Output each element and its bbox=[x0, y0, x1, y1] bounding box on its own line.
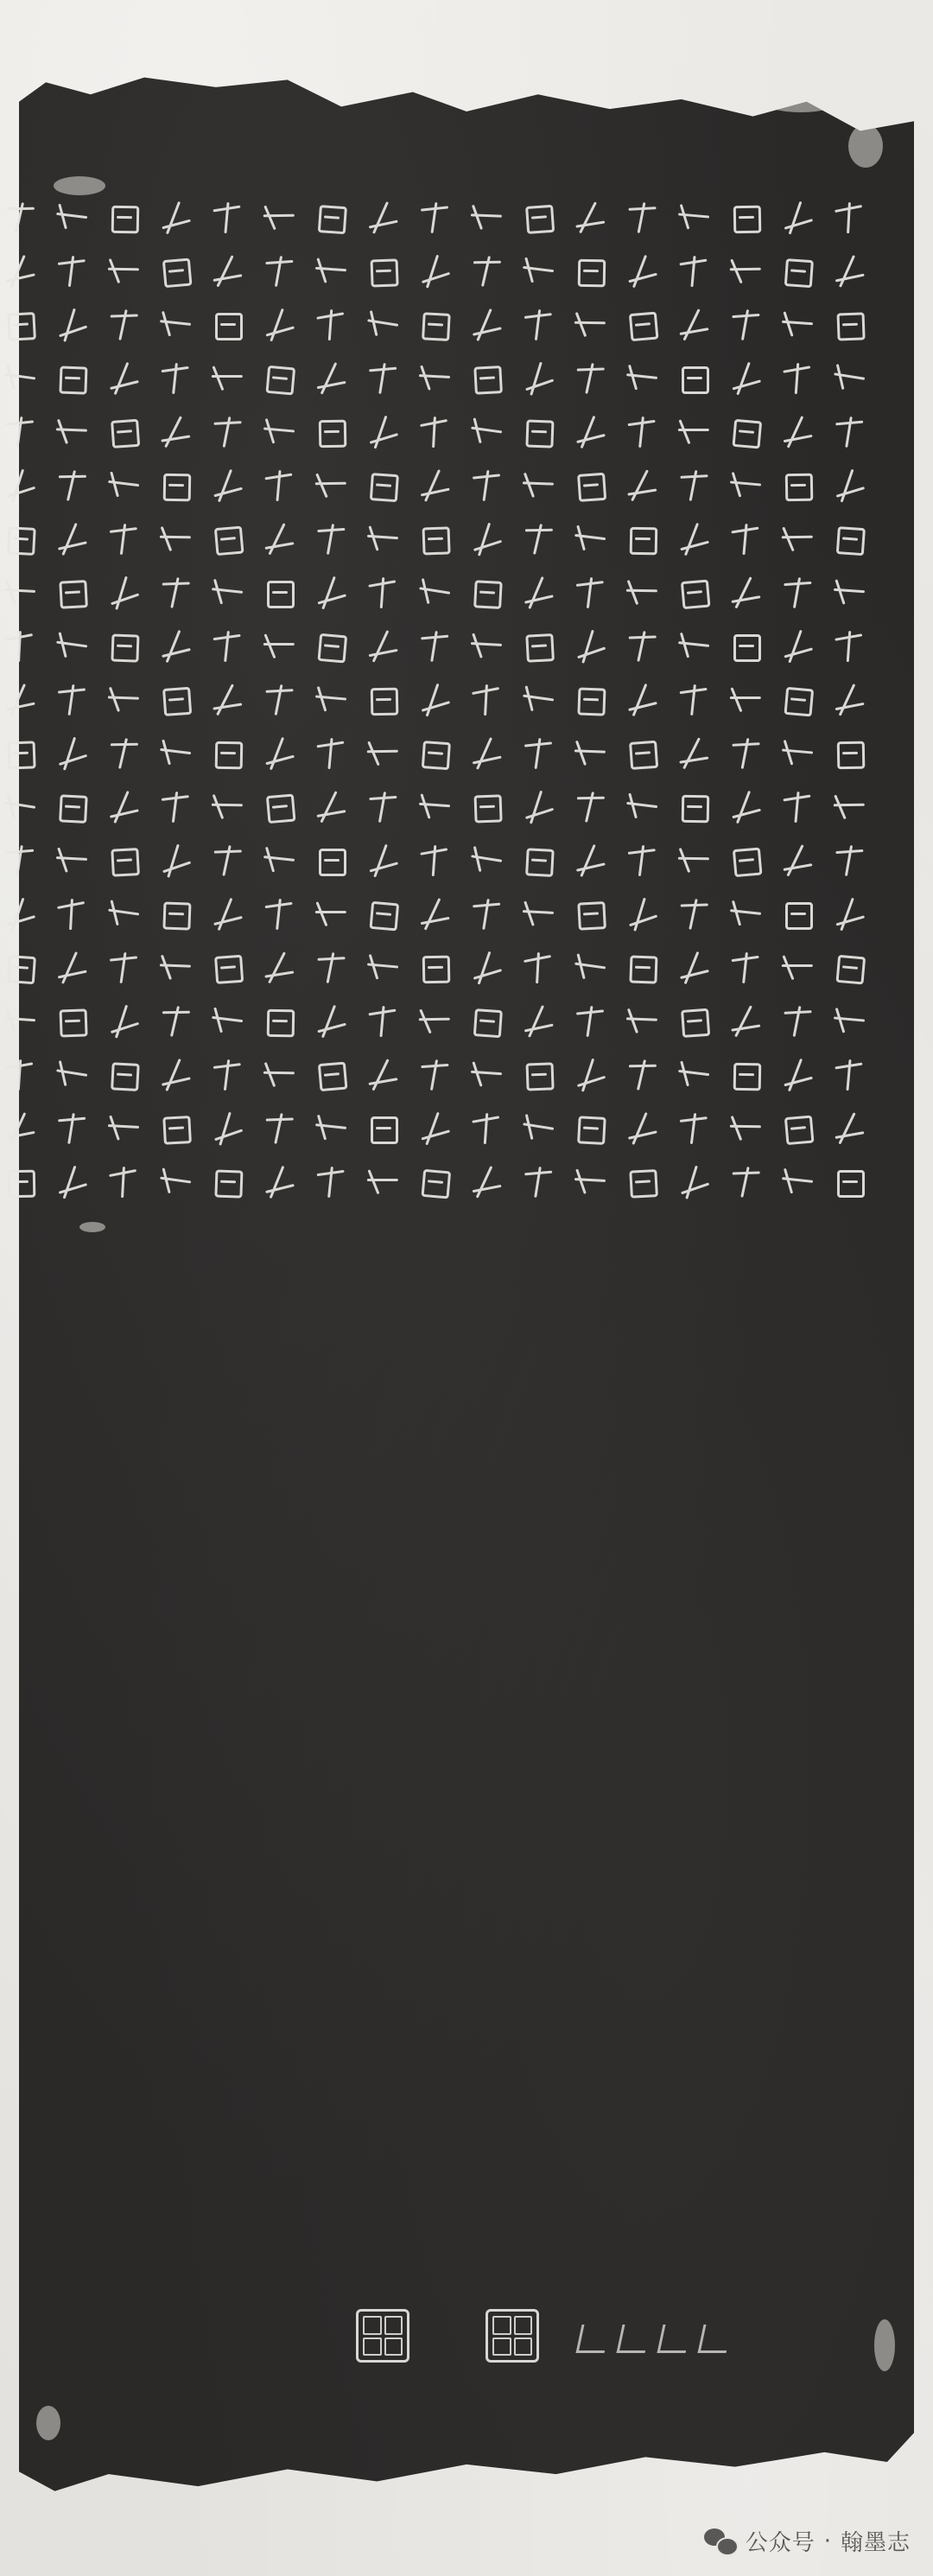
calligraphy-glyph bbox=[569, 197, 611, 239]
calligraphy-glyph bbox=[311, 734, 351, 773]
calligraphy-glyph bbox=[517, 1108, 559, 1149]
calligraphy-glyph bbox=[0, 1055, 40, 1096]
calligraphy-glyph bbox=[0, 197, 41, 239]
calligraphy-glyph bbox=[260, 1002, 299, 1041]
calligraphy-glyph bbox=[673, 1161, 714, 1203]
calligraphy-glyph bbox=[259, 305, 299, 345]
calligraphy-glyph bbox=[1, 574, 40, 613]
calligraphy-glyph bbox=[621, 465, 663, 506]
calligraphy-glyph bbox=[675, 359, 713, 398]
calligraphy-glyph bbox=[311, 894, 352, 935]
calligraphy-glyph bbox=[0, 466, 40, 506]
calligraphy-glyph bbox=[0, 1109, 40, 1148]
calligraphy-column bbox=[0, 199, 43, 2307]
calligraphy-glyph bbox=[830, 1163, 868, 1201]
calligraphy-glyph bbox=[363, 1162, 403, 1203]
calligraphy-glyph bbox=[207, 841, 248, 881]
calligraphy-glyph bbox=[466, 1109, 507, 1149]
calligraphy-glyph bbox=[777, 1108, 818, 1149]
calligraphy-glyph bbox=[623, 520, 662, 559]
calligraphy-glyph bbox=[727, 1056, 765, 1095]
calligraphy-glyph bbox=[674, 894, 714, 935]
calligraphy-glyph bbox=[416, 627, 454, 666]
seal-right bbox=[486, 2309, 539, 2363]
calligraphy-glyph bbox=[363, 627, 403, 666]
calligraphy-glyph bbox=[312, 252, 350, 290]
calligraphy-glyph bbox=[467, 627, 506, 666]
calligraphy-glyph bbox=[312, 842, 350, 880]
calligraphy-glyph bbox=[155, 573, 196, 614]
calligraphy-glyph bbox=[415, 1109, 454, 1148]
seal-left bbox=[356, 2309, 409, 2363]
calligraphy-glyph bbox=[104, 1055, 143, 1095]
calligraphy-glyph bbox=[311, 787, 352, 828]
calligraphy-column bbox=[48, 199, 95, 2307]
calligraphy-glyph bbox=[725, 840, 766, 881]
calligraphy-glyph bbox=[52, 787, 92, 827]
calligraphy-glyph bbox=[155, 1162, 196, 1203]
calligraphy-glyph bbox=[829, 680, 869, 720]
calligraphy-glyph bbox=[777, 518, 818, 560]
calligraphy-glyph bbox=[828, 197, 870, 239]
calligraphy-glyph bbox=[208, 1056, 247, 1095]
calligraphy-glyph bbox=[519, 735, 557, 773]
calligraphy-glyph bbox=[259, 251, 299, 291]
calligraphy-glyph bbox=[258, 358, 300, 399]
calligraphy-column bbox=[152, 199, 199, 2307]
calligraphy-glyph bbox=[156, 1056, 195, 1095]
paper-speckle bbox=[54, 176, 105, 195]
calligraphy-glyph bbox=[622, 359, 662, 398]
calligraphy-column bbox=[515, 199, 562, 2307]
calligraphy-glyph bbox=[312, 413, 351, 452]
calligraphy-glyph bbox=[155, 894, 195, 934]
calligraphy-glyph bbox=[726, 359, 765, 398]
calligraphy-glyph bbox=[0, 894, 40, 934]
calligraphy-glyph bbox=[414, 411, 455, 453]
calligraphy-glyph bbox=[311, 198, 352, 239]
calligraphy-glyph bbox=[622, 734, 663, 774]
seal-glyph bbox=[514, 2337, 533, 2357]
calligraphy-glyph bbox=[777, 412, 817, 452]
calligraphy-glyph bbox=[777, 573, 817, 613]
calligraphy-glyph bbox=[415, 519, 454, 559]
calligraphy-glyph bbox=[104, 305, 144, 346]
calligraphy-glyph bbox=[311, 305, 352, 346]
calligraphy-column bbox=[774, 199, 821, 2307]
calligraphy-glyph bbox=[364, 1110, 402, 1148]
calligraphy-column bbox=[619, 199, 665, 2307]
calligraphy-glyph bbox=[466, 948, 506, 988]
calligraphy-glyph bbox=[156, 788, 195, 827]
calligraphy-glyph bbox=[312, 1002, 351, 1041]
calligraphy-glyph bbox=[414, 1001, 455, 1042]
calligraphy-glyph bbox=[570, 734, 610, 773]
calligraphy-column bbox=[308, 199, 354, 2307]
calligraphy-glyph bbox=[105, 199, 143, 238]
calligraphy-glyph bbox=[830, 735, 869, 773]
calligraphy-glyph bbox=[675, 949, 713, 987]
calligraphy-glyph bbox=[726, 734, 765, 773]
calligraphy-column bbox=[826, 199, 873, 2307]
calligraphy-glyph bbox=[312, 681, 351, 720]
calligraphy-glyph bbox=[259, 627, 300, 667]
calligraphy-glyph bbox=[105, 359, 143, 398]
calligraphy-glyph bbox=[52, 1002, 92, 1041]
calligraphy-glyph bbox=[416, 788, 454, 826]
calligraphy-glyph bbox=[727, 788, 765, 827]
calligraphy-glyph bbox=[207, 1162, 247, 1202]
calligraphy-glyph bbox=[52, 948, 92, 988]
calligraphy-glyph bbox=[207, 251, 248, 292]
calligraphy-glyph bbox=[675, 199, 714, 238]
calligraphy-glyph bbox=[674, 412, 714, 453]
calligraphy-glyph bbox=[364, 949, 403, 988]
calligraphy-glyph bbox=[675, 520, 714, 559]
calligraphy-glyph bbox=[466, 1002, 507, 1042]
calligraphy-glyph bbox=[828, 786, 870, 828]
calligraphy-glyph bbox=[778, 735, 817, 773]
calligraphy-glyph bbox=[726, 519, 765, 559]
calligraphy-glyph bbox=[466, 1162, 506, 1202]
seal-glyph bbox=[363, 2337, 382, 2357]
calligraphy-glyph bbox=[0, 519, 40, 559]
calligraphy-glyph bbox=[52, 359, 92, 398]
calligraphy-glyph bbox=[105, 949, 143, 987]
calligraphy-glyph bbox=[674, 627, 714, 666]
calligraphy-glyph bbox=[518, 1002, 558, 1041]
calligraphy-glyph bbox=[829, 627, 870, 667]
calligraphy-glyph bbox=[156, 627, 194, 665]
calligraphy-glyph bbox=[155, 359, 195, 398]
calligraphy-glyph bbox=[311, 359, 351, 398]
calligraphy-glyph bbox=[518, 466, 558, 506]
calligraphy-glyph bbox=[518, 198, 559, 239]
paper-speckle bbox=[36, 2406, 60, 2440]
calligraphy-glyph bbox=[467, 895, 506, 934]
calligraphy-glyph bbox=[104, 627, 143, 666]
calligraphy-glyph bbox=[829, 305, 869, 345]
wechat-icon bbox=[704, 2528, 737, 2554]
calligraphy-glyph bbox=[466, 519, 507, 560]
calligraphy-glyph bbox=[155, 1109, 195, 1148]
calligraphy-glyph bbox=[778, 467, 817, 506]
calligraphy-glyph bbox=[0, 626, 41, 667]
calligraphy-glyph bbox=[1, 1163, 40, 1202]
calligraphy-glyph bbox=[259, 841, 299, 881]
calligraphy-glyph bbox=[103, 572, 144, 614]
calligraphy-glyph bbox=[622, 412, 662, 452]
calligraphy-glyph bbox=[622, 573, 662, 613]
calligraphy-glyph bbox=[519, 306, 558, 345]
calligraphy-glyph bbox=[156, 199, 195, 238]
calligraphy-glyph bbox=[571, 842, 610, 881]
calligraphy-glyph bbox=[466, 412, 507, 453]
calligraphy-glyph bbox=[622, 198, 662, 238]
calligraphy-glyph bbox=[259, 1109, 300, 1149]
seal-glyph bbox=[492, 2337, 511, 2357]
watermark-platform: 公众号 bbox=[746, 2525, 816, 2557]
calligraphy-glyph bbox=[207, 359, 248, 399]
calligraphy-glyph bbox=[622, 787, 662, 827]
calligraphy-glyph bbox=[777, 359, 818, 399]
calligraphy-glyph bbox=[416, 949, 454, 988]
calligraphy-glyph bbox=[207, 412, 247, 452]
calligraphy-glyph bbox=[727, 199, 765, 238]
calligraphy-glyph bbox=[777, 948, 818, 989]
calligraphy-glyph bbox=[155, 680, 196, 721]
calligraphy-glyph bbox=[258, 197, 300, 239]
calligraphy-glyph bbox=[53, 842, 92, 881]
calligraphy-glyph bbox=[830, 574, 868, 612]
calligraphy-glyph bbox=[725, 251, 766, 292]
calligraphy-glyph bbox=[206, 1108, 248, 1149]
calligraphy-glyph bbox=[829, 466, 869, 506]
calligraphy-glyph bbox=[829, 841, 869, 881]
calligraphy-glyph bbox=[571, 574, 610, 613]
calligraphy-glyph bbox=[674, 305, 714, 346]
calligraphy-glyph bbox=[725, 1001, 766, 1042]
calligraphy-glyph bbox=[0, 680, 40, 720]
watermark-separator: · bbox=[824, 2528, 832, 2554]
calligraphy-glyph bbox=[622, 948, 662, 988]
calligraphy-glyph bbox=[311, 1109, 351, 1148]
calligraphy-glyph bbox=[466, 198, 506, 238]
calligraphy-glyph bbox=[727, 467, 765, 506]
calligraphy-glyph bbox=[570, 305, 610, 345]
calligraphy-glyph bbox=[155, 948, 195, 988]
calligraphy-glyph bbox=[416, 199, 454, 237]
calligraphy-glyph bbox=[466, 679, 507, 721]
calligraphy-glyph bbox=[570, 359, 611, 399]
calligraphy-glyph bbox=[362, 894, 403, 935]
calligraphy-glyph bbox=[208, 735, 247, 773]
calligraphy-glyph bbox=[259, 680, 299, 720]
calligraphy-glyph bbox=[206, 679, 248, 721]
calligraphy-glyph bbox=[311, 948, 351, 988]
calligraphy-glyph bbox=[621, 1054, 663, 1096]
calligraphy-column bbox=[411, 199, 458, 2307]
calligraphy-glyph bbox=[517, 518, 559, 560]
calligraphy-glyph bbox=[414, 572, 455, 614]
calligraphy-glyph bbox=[104, 1002, 144, 1042]
calligraphy-glyph bbox=[208, 306, 246, 344]
calligraphy-glyph bbox=[415, 734, 455, 774]
calligraphy-glyph bbox=[105, 520, 143, 559]
calligraphy-glyph bbox=[778, 895, 816, 933]
calligraphy-glyph bbox=[208, 895, 246, 933]
calligraphy-glyph bbox=[207, 787, 247, 827]
calligraphy-glyph bbox=[260, 735, 299, 773]
calligraphy-glyph bbox=[622, 1162, 662, 1202]
calligraphy-glyph bbox=[570, 1055, 611, 1096]
calligraphy-glyph bbox=[570, 1109, 610, 1148]
calligraphy-glyph bbox=[53, 1110, 92, 1148]
calligraphy-glyph bbox=[0, 948, 40, 989]
calligraphy-glyph bbox=[363, 412, 403, 452]
calligraphy-glyph bbox=[674, 841, 714, 881]
calligraphy-glyph bbox=[778, 1056, 817, 1095]
calligraphy-glyph bbox=[104, 841, 143, 881]
calligraphy-glyph bbox=[416, 359, 454, 398]
calligraphy-glyph bbox=[727, 627, 765, 665]
calligraphy-glyph bbox=[53, 520, 92, 559]
calligraphy-glyph bbox=[311, 573, 351, 613]
calligraphy-glyph bbox=[673, 733, 714, 774]
calligraphy-glyph bbox=[518, 1055, 558, 1095]
calligraphy-glyph bbox=[363, 251, 403, 291]
calligraphy-glyph bbox=[777, 1162, 817, 1202]
calligraphy-column bbox=[463, 199, 510, 2307]
calligraphy-column bbox=[670, 199, 717, 2307]
calligraphy-glyph bbox=[726, 1162, 766, 1203]
calligraphy-glyph bbox=[52, 734, 92, 774]
calligraphy-glyph bbox=[103, 733, 144, 774]
calligraphy-glyph bbox=[53, 252, 92, 291]
calligraphy-glyph bbox=[155, 251, 196, 292]
paper-speckle bbox=[848, 124, 883, 168]
seal-glyph bbox=[363, 2316, 382, 2335]
calligraphy-glyph bbox=[674, 466, 714, 506]
calligraphy-glyph bbox=[104, 251, 143, 291]
calligraphy-glyph bbox=[829, 1055, 869, 1095]
seal-glyph bbox=[514, 2316, 533, 2335]
calligraphy-glyph bbox=[310, 1054, 352, 1096]
calligraphy-column bbox=[722, 199, 769, 2307]
calligraphy-glyph bbox=[777, 251, 818, 292]
calligraphy-glyph bbox=[830, 413, 869, 452]
signature-glyph bbox=[657, 2325, 691, 2353]
calligraphy-glyph bbox=[466, 734, 506, 773]
calligraphy-glyph bbox=[518, 787, 559, 828]
calligraphy-glyph bbox=[725, 411, 766, 453]
calligraphy-glyph bbox=[829, 519, 870, 560]
calligraphy-glyph bbox=[207, 573, 247, 613]
calligraphy-column bbox=[359, 199, 406, 2307]
calligraphy-glyph bbox=[777, 1002, 817, 1041]
calligraphy-glyph bbox=[467, 467, 505, 505]
calligraphy-glyph bbox=[571, 1002, 609, 1040]
calligraphy-glyph bbox=[104, 894, 144, 935]
calligraphy-glyph bbox=[364, 359, 403, 398]
calligraphy-glyph bbox=[52, 412, 92, 452]
calligraphy-glyph bbox=[571, 1163, 610, 1202]
calligraphy-glyph bbox=[363, 1055, 403, 1096]
calligraphy-glyph bbox=[105, 788, 143, 827]
calligraphy-glyph bbox=[777, 679, 818, 721]
calligraphy-glyph bbox=[155, 840, 196, 881]
calligraphy-glyph bbox=[726, 894, 765, 934]
calligraphy-glyph bbox=[621, 304, 663, 346]
calligraphy-glyph bbox=[726, 1109, 765, 1148]
calligraphy-glyph bbox=[621, 894, 663, 935]
calligraphy-glyph bbox=[466, 359, 506, 398]
calligraphy-glyph bbox=[104, 680, 143, 720]
calligraphy-glyph bbox=[364, 520, 402, 558]
calligraphy-glyph bbox=[52, 573, 92, 613]
calligraphy-glyph bbox=[726, 680, 766, 721]
calligraphy-glyph bbox=[829, 1109, 870, 1149]
calligraphy-glyph bbox=[155, 411, 196, 453]
calligraphy-glyph bbox=[52, 627, 92, 667]
seal-glyph bbox=[492, 2316, 511, 2335]
calligraphy-glyph bbox=[259, 466, 299, 506]
carver-signature bbox=[579, 2325, 729, 2353]
calligraphy-glyph bbox=[622, 1002, 662, 1041]
calligraphy-glyph bbox=[155, 305, 195, 345]
calligraphy-glyph bbox=[1, 842, 40, 881]
signature-glyph bbox=[697, 2325, 732, 2353]
calligraphy-column bbox=[567, 199, 613, 2307]
calligraphy-glyph bbox=[415, 1055, 454, 1095]
calligraphy-column bbox=[204, 199, 251, 2307]
calligraphy-glyph bbox=[623, 1110, 662, 1148]
calligraphy-glyph bbox=[518, 680, 559, 721]
calligraphy-glyph bbox=[51, 304, 92, 346]
calligraphy-glyph bbox=[310, 626, 352, 667]
calligraphy-glyph bbox=[207, 1002, 247, 1041]
calligraphy-glyph bbox=[828, 358, 870, 399]
calligraphy-glyph bbox=[0, 305, 40, 345]
calligraphy-glyph bbox=[519, 574, 558, 613]
calligraphy-glyph bbox=[570, 680, 610, 720]
calligraphy-glyph bbox=[258, 947, 300, 989]
signature-glyph bbox=[616, 2325, 651, 2353]
calligraphy-glyph bbox=[155, 1001, 196, 1042]
calligraphy-glyph bbox=[674, 680, 714, 720]
calligraphy-glyph bbox=[828, 947, 870, 989]
calligraphy-glyph bbox=[259, 1055, 299, 1095]
calligraphy-glyph bbox=[519, 1163, 558, 1202]
calligraphy-glyph bbox=[623, 842, 662, 881]
calligraphy-glyph bbox=[518, 841, 558, 881]
calligraphy-glyph bbox=[104, 412, 144, 453]
signature-glyph bbox=[575, 2325, 610, 2353]
calligraphy-glyph bbox=[415, 305, 454, 345]
calligraphy-glyph bbox=[467, 1056, 505, 1094]
calligraphy-glyph bbox=[519, 895, 558, 934]
calligraphy-glyph bbox=[52, 1162, 92, 1202]
calligraphy-glyph bbox=[623, 681, 661, 719]
calligraphy-glyph bbox=[260, 1163, 298, 1201]
calligraphy-glyph bbox=[570, 948, 611, 989]
calligraphy-glyph bbox=[207, 198, 247, 238]
calligraphy-glyph bbox=[208, 467, 247, 506]
calligraphy-glyph bbox=[777, 787, 817, 827]
calligraphy-glyph bbox=[310, 465, 352, 506]
calligraphy-column bbox=[256, 199, 302, 2307]
calligraphy-glyph bbox=[571, 413, 609, 451]
calligraphy-glyph bbox=[414, 1161, 455, 1203]
calligraphy-glyph bbox=[155, 734, 195, 773]
watermark-account: 翰墨志 bbox=[841, 2525, 911, 2557]
calligraphy-glyph bbox=[1, 413, 39, 451]
calligraphy-glyph bbox=[518, 412, 558, 452]
seal-glyph bbox=[384, 2337, 403, 2357]
seal-glyph bbox=[384, 2316, 403, 2335]
calligraphy-glyph bbox=[570, 894, 610, 934]
calligraphy-glyph bbox=[1, 252, 40, 291]
calligraphy-glyph bbox=[467, 306, 506, 345]
calligraphy-glyph bbox=[622, 627, 663, 667]
calligraphy-glyph bbox=[364, 681, 403, 720]
calligraphy-glyph bbox=[623, 252, 662, 291]
calligraphy-glyph bbox=[207, 627, 247, 666]
calligraphy-glyph bbox=[778, 306, 816, 344]
calligraphy-glyph bbox=[258, 786, 300, 828]
calligraphy-glyph bbox=[363, 841, 403, 881]
calligraphy-glyph bbox=[1, 1002, 39, 1040]
